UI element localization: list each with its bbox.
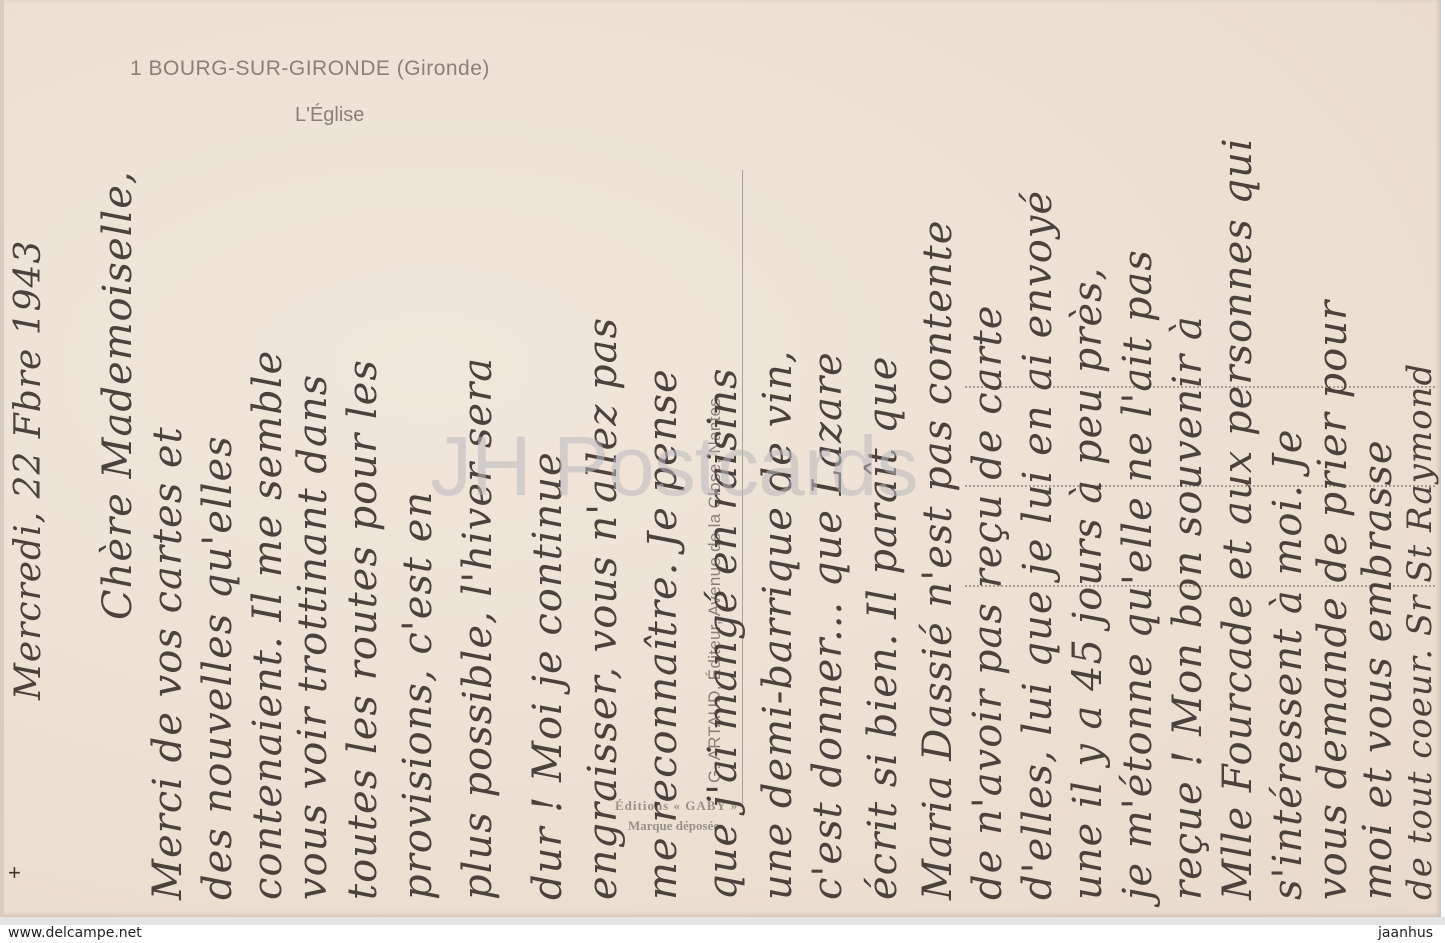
handwriting-line: de n'avoir pas reçu de carte: [965, 305, 1011, 900]
handwriting-line: je m'étonne qu'elle ne l'ait pas: [1115, 249, 1161, 900]
handwriting-line: Merci de vos cartes et: [145, 426, 191, 900]
handwriting-line: dur ! Moi je continue: [525, 451, 571, 900]
postcard-title: 1 BOURG-SUR-GIRONDE (Gironde): [130, 57, 490, 81]
card-edge: [0, 0, 4, 917]
handwriting-line: Chère Mademoiselle,: [95, 170, 141, 620]
handwriting-line: reçue ! Mon bon souvenir à: [1165, 315, 1211, 900]
handwriting-line: Mlle Fourcade et aux personnes qui: [1215, 137, 1261, 900]
handwriting-line: engraisser, vous n'allez pas: [580, 317, 626, 900]
scan-border: [0, 917, 1445, 925]
handwriting-line: des nouvelles qu'elles: [195, 435, 241, 900]
handwriting-line: Maria Dassié n'est pas contente: [915, 220, 961, 900]
handwriting-line: provisions, c'est en: [395, 491, 441, 900]
margin-cross-mark: +: [8, 860, 21, 886]
handwriting-line: s'intéressent à moi. Je: [1265, 429, 1311, 900]
handwriting-date: Mercredi, 22 Fbre 1943: [8, 240, 49, 700]
handwriting-line: toutes les routes pour les: [340, 359, 386, 900]
handwriting-line: vous demande de prier pour: [1310, 300, 1356, 900]
postcard-back: 1 BOURG-SUR-GIRONDE (Gironde) L'Église G…: [0, 0, 1441, 917]
source-watermark-left: www.delcampe.net: [8, 925, 142, 941]
source-watermark-right: jaanhus: [1378, 925, 1433, 941]
handwriting-line: vous voir trottinant dans: [290, 374, 336, 900]
handwriting-line: moi et vous embrasse: [1355, 439, 1401, 900]
postcard-subtitle: L'Église: [295, 104, 364, 127]
handwriting-line: contenaient. Il me semble: [245, 350, 291, 900]
watermark: JH Postcards: [430, 418, 918, 515]
handwriting-signature: de tout coeur. Sr St Raymond: [1400, 363, 1440, 900]
handwriting-line: d'elles, lui que je lui en ai envoyé: [1015, 190, 1061, 900]
handwriting-line: une il y a 45 jours à peu près,: [1065, 267, 1111, 900]
